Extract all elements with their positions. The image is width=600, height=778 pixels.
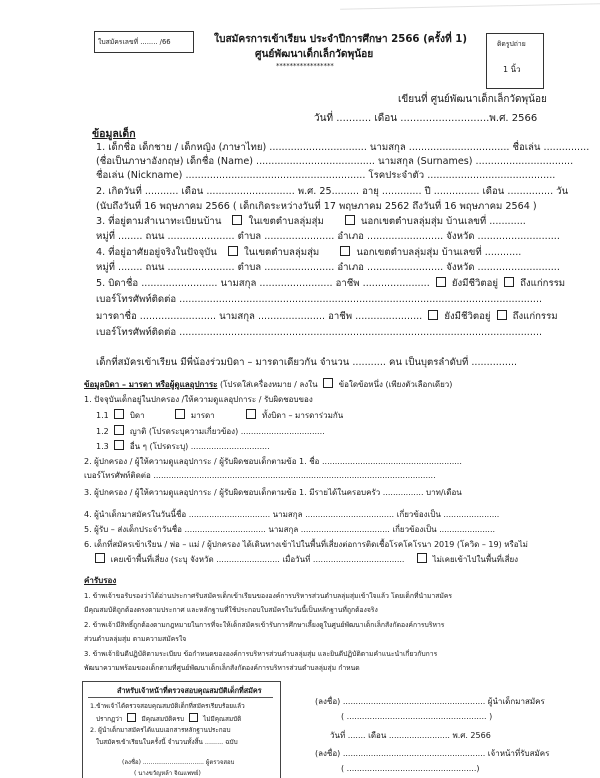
certification-item: 3. ข้าพเจ้ายินดีปฏิบัติตามระเบียบ ข้อกำห… [84, 648, 437, 661]
written-at: เขียนที่ ศูนย์พัฒนาเด็กเล็กวัดพุน้อย [398, 92, 547, 107]
officer-box-divider [88, 697, 273, 698]
applicant-signature[interactable]: (ลงชื่อ) ...............................… [315, 695, 545, 708]
guardian-relative-checkbox[interactable] [114, 425, 124, 435]
guardian-both-checkbox[interactable] [246, 409, 256, 419]
inspector-name: ( นางขวัญหล้า จิณแพทย์) [134, 768, 201, 778]
officer-signature[interactable]: (ลงชื่อ) ...............................… [315, 747, 549, 760]
mother-info[interactable]: มารดาชื่อ ......................... นามส… [96, 311, 422, 322]
option-number: 1.2 [96, 427, 109, 436]
center-name: ศูนย์พัฒนาเด็กเล็กวัดพุน้อย [255, 46, 373, 62]
parent-section-heading: ข้อมูลบิดา – มารดา หรือผู้ดูแลอุปการะ [84, 380, 217, 389]
signature-date[interactable]: วันที่ ....... เดือน ...................… [330, 729, 491, 742]
registered-address-row: 3. ที่อยู่ตามสำเนาทะเบียนบ้าน ในเขตตำบลล… [96, 215, 526, 228]
officer-result-row: ปรากฏว่า มีคุณสมบัติครบ ไม่มีคุณสมบัติ [96, 713, 241, 724]
covid-no-checkbox[interactable] [417, 553, 427, 563]
mother-deceased-label: ถึงแก่กรรม [513, 311, 558, 322]
certification-item: พัฒนาความพร้อมของเด็กตามที่ศูนย์พัฒนาเด็… [84, 662, 360, 675]
registered-address-details[interactable]: หมู่ที่ ........ ถนน ...................… [96, 230, 560, 243]
guardian-relative-row: 1.2 ญาติ (โปรดระบุความเกี่ยวข้อง) ......… [96, 425, 325, 438]
option-number: 1.3 [96, 442, 109, 451]
unqualified-checkbox[interactable] [189, 713, 198, 722]
officer-name-paren[interactable]: ( ......................................… [341, 764, 479, 773]
parent-instruction-b: ข้อใดข้อหนึ่ง (เพียงตัวเลือกเดียว) [339, 380, 453, 389]
parent-section-header: ข้อมูลบิดา – มารดา หรือผู้ดูแลอุปการะ (โ… [84, 378, 452, 391]
father-row: 5. บิดาชื่อ ......................... นา… [96, 277, 565, 290]
covid-options-row: เคยเข้าพื้นที่เสี่ยง (ระบุ จังหวัด .....… [92, 553, 518, 566]
registered-address-label: 3. ที่อยู่ตามสำเนาทะเบียนบ้าน [96, 216, 221, 227]
qualified-checkbox[interactable] [127, 713, 136, 722]
mother-deceased-checkbox[interactable] [497, 310, 507, 320]
registered-in-area-checkbox[interactable] [232, 215, 242, 225]
guardian-income-line[interactable]: 3. ผู้ปกครอง / ผู้ให้ความดูแลอุปการะ / ผ… [84, 486, 462, 499]
father-deceased-label: ถึงแก่กรรม [520, 278, 565, 289]
certification-item: ส่วนตำบลลุ่มสุ่ม ตามความสมัครใจ [84, 633, 186, 646]
parent-instruction-a: (โปรดใส่เครื่องหมาย / ลงใน [220, 380, 318, 389]
guardian-relative-label[interactable]: ญาติ (โปรดระบุความเกี่ยวข้อง) ..........… [130, 427, 325, 436]
guardian-father-checkbox[interactable] [114, 409, 124, 419]
father-deceased-checkbox[interactable] [504, 277, 514, 287]
guardian-mother-checkbox[interactable] [175, 409, 185, 419]
officer-check-line: 1.ข้าพเจ้าได้ตรวจสอบคุณสมบัติเด็กที่สมัค… [90, 701, 245, 711]
covid-yes-label[interactable]: เคยเข้าพื้นที่เสี่ยง (ระบุ จังหวัด .....… [111, 555, 405, 564]
application-number: ใบสมัครเลขที่ ........ /66 [98, 36, 171, 47]
qualified-label: มีคุณสมบัติครบ [142, 715, 185, 723]
daily-pickup-line[interactable]: 5. ผู้รับ – ส่งเด็กประจำวันชื่อ ........… [84, 523, 495, 536]
child-name-line[interactable]: 1. เด็กชื่อ เด็กชาย / เด็กหญิง (ภาษาไทย)… [96, 141, 589, 154]
current-address-label: 4. ที่อยู่อาศัยอยู่จริงในปัจจุบัน [96, 247, 217, 258]
guardian-both-label: ทั้งบิดา – มารดาร่วมกัน [262, 411, 343, 420]
officer-box-title: สำหรับเจ้าหน้าที่ตรวจสอบคุณสมบัติเด็กที่… [117, 686, 262, 697]
guardian-phone-line[interactable]: เบอร์โทรศัพท์ติดต่อ ....................… [84, 469, 436, 482]
certification-heading: คำรับรอง [84, 574, 116, 587]
guardian-mother-label: มารดา [191, 409, 241, 422]
applicant-name-paren[interactable]: ( ......................................… [341, 712, 492, 721]
inspector-signature[interactable]: (ลงชื่อ) ...............................… [122, 757, 234, 767]
unqualified-label: ไม่มีคุณสมบัติ [203, 715, 241, 723]
age-reference-note: (นับถึงวันที่ 16 พฤษภาคม 2566 ( เด็กเกิด… [96, 200, 537, 213]
option-number: 1.1 [96, 411, 109, 420]
covid-yes-checkbox[interactable] [95, 553, 105, 563]
registered-out-area-checkbox[interactable] [345, 215, 355, 225]
scan-edge [340, 0, 600, 10]
mother-phone[interactable]: เบอร์โทรศัพท์ติดต่อ ....................… [96, 326, 542, 339]
father-alive-label: ยังมีชีวิตอยู่ [452, 278, 498, 289]
current-address-details[interactable]: หมู่ที่ ........ ถนน ...................… [96, 261, 560, 274]
certification-item: มีคุณสมบัติถูกต้องตรงตามประกาศ และหลักฐา… [84, 604, 378, 617]
current-out-area-label: นอกเขตตำบลลุ่มสุ่ม บ้านเลขที่ ..........… [356, 247, 521, 258]
child-nickname-line[interactable]: ชื่อเล่น (Nickname) ....................… [96, 169, 555, 182]
title-divider-stars: ***************** [276, 62, 334, 70]
child-section-heading: ข้อมูลเด็ก [92, 125, 136, 142]
guardian-other-label[interactable]: อื่น ๆ (โปรดระบุ) ......................… [130, 442, 270, 451]
officer-documents-count[interactable]: ใบสมัครเข้าเรียนในครั้งนี้ จำนวนทั้งสิ้น… [96, 737, 238, 747]
mother-alive-label: ยังมีชีวิตอยู่ [444, 311, 490, 322]
certification-item: 1. ข้าพเจ้าขอรับรองว่าได้อ่านประกาศรับสม… [84, 590, 452, 603]
registered-out-area-label: นอกเขตตำบลลุ่มสุ่ม บ้านเลขที่ ..........… [361, 216, 526, 227]
mother-alive-checkbox[interactable] [428, 310, 438, 320]
father-info[interactable]: 5. บิดาชื่อ ......................... นา… [96, 278, 430, 289]
photo-size: 1 นิ้ว [503, 63, 521, 76]
siblings-line[interactable]: เด็กที่สมัครเข้าเรียน มีพี่น้องร่วมบิดา … [96, 356, 517, 369]
father-alive-checkbox[interactable] [436, 277, 446, 287]
covid-question: 6. เด็กที่สมัครเข้าเรียน / พ่อ – แม่ / ผ… [84, 538, 528, 551]
guardian-father-label: บิดา [130, 409, 170, 422]
guardian-other-row: 1.3 อื่น ๆ (โปรดระบุ) ..................… [96, 440, 270, 453]
officer-documents-line: 2. ผู้นำเด็กมาสมัครได้แนบเอกสารหลักฐานปร… [90, 725, 231, 735]
guardian-other-checkbox[interactable] [114, 440, 124, 450]
child-birthdate-line[interactable]: 2. เกิดวันที่ ........... เดือน ........… [96, 185, 568, 198]
instruction-checkbox-icon [323, 378, 333, 388]
guardian-options-row: 1.1 บิดา มารดา ทั้งบิดา – มารดาร่วมกัน [96, 409, 343, 422]
form-title: ใบสมัครการเข้าเรียน ประจำปีการศึกษา 2566… [214, 31, 467, 47]
photo-label: ติดรูปถ่าย [497, 38, 526, 49]
current-in-area-label: ในเขตตำบลลุ่มสุ่ม [244, 247, 319, 258]
applicant-bringer-line[interactable]: 4. ผู้นำเด็กมาสมัครในวันนี้ชื่อ ........… [84, 508, 499, 521]
guardian-question: 1. ปัจจุบันเด็กอยู่ในปกครอง /ให้ความดูแล… [84, 393, 313, 406]
officer-result-label: ปรากฏว่า [96, 715, 122, 723]
child-english-name-line[interactable]: (ชื่อเป็นภาษาอังกฤษ) เด็กชื่อ (Name) ...… [96, 155, 573, 168]
covid-no-label: ไม่เคยเข้าไปในพื้นที่เสี่ยง [433, 555, 518, 564]
registered-in-area-label: ในเขตตำบลลุ่มสุ่ม [249, 216, 324, 227]
father-phone[interactable]: เบอร์โทรศัพท์ติดต่อ ....................… [96, 293, 542, 306]
guardian-name-line[interactable]: 2. ผู้ปกครอง / ผู้ให้ความดูแลอุปการะ / ผ… [84, 455, 462, 468]
current-in-area-checkbox[interactable] [228, 246, 238, 256]
certification-item: 2. ข้าพเจ้ามีสิทธิ์ถูกต้องตามกฎหมายในการ… [84, 619, 444, 632]
mother-row: มารดาชื่อ ......................... นามส… [96, 310, 558, 323]
current-out-area-checkbox[interactable] [340, 246, 350, 256]
current-address-row: 4. ที่อยู่อาศัยอยู่จริงในปัจจุบัน ในเขตต… [96, 246, 521, 259]
date-line: วันที่ ........... เดือน ...............… [314, 111, 537, 126]
